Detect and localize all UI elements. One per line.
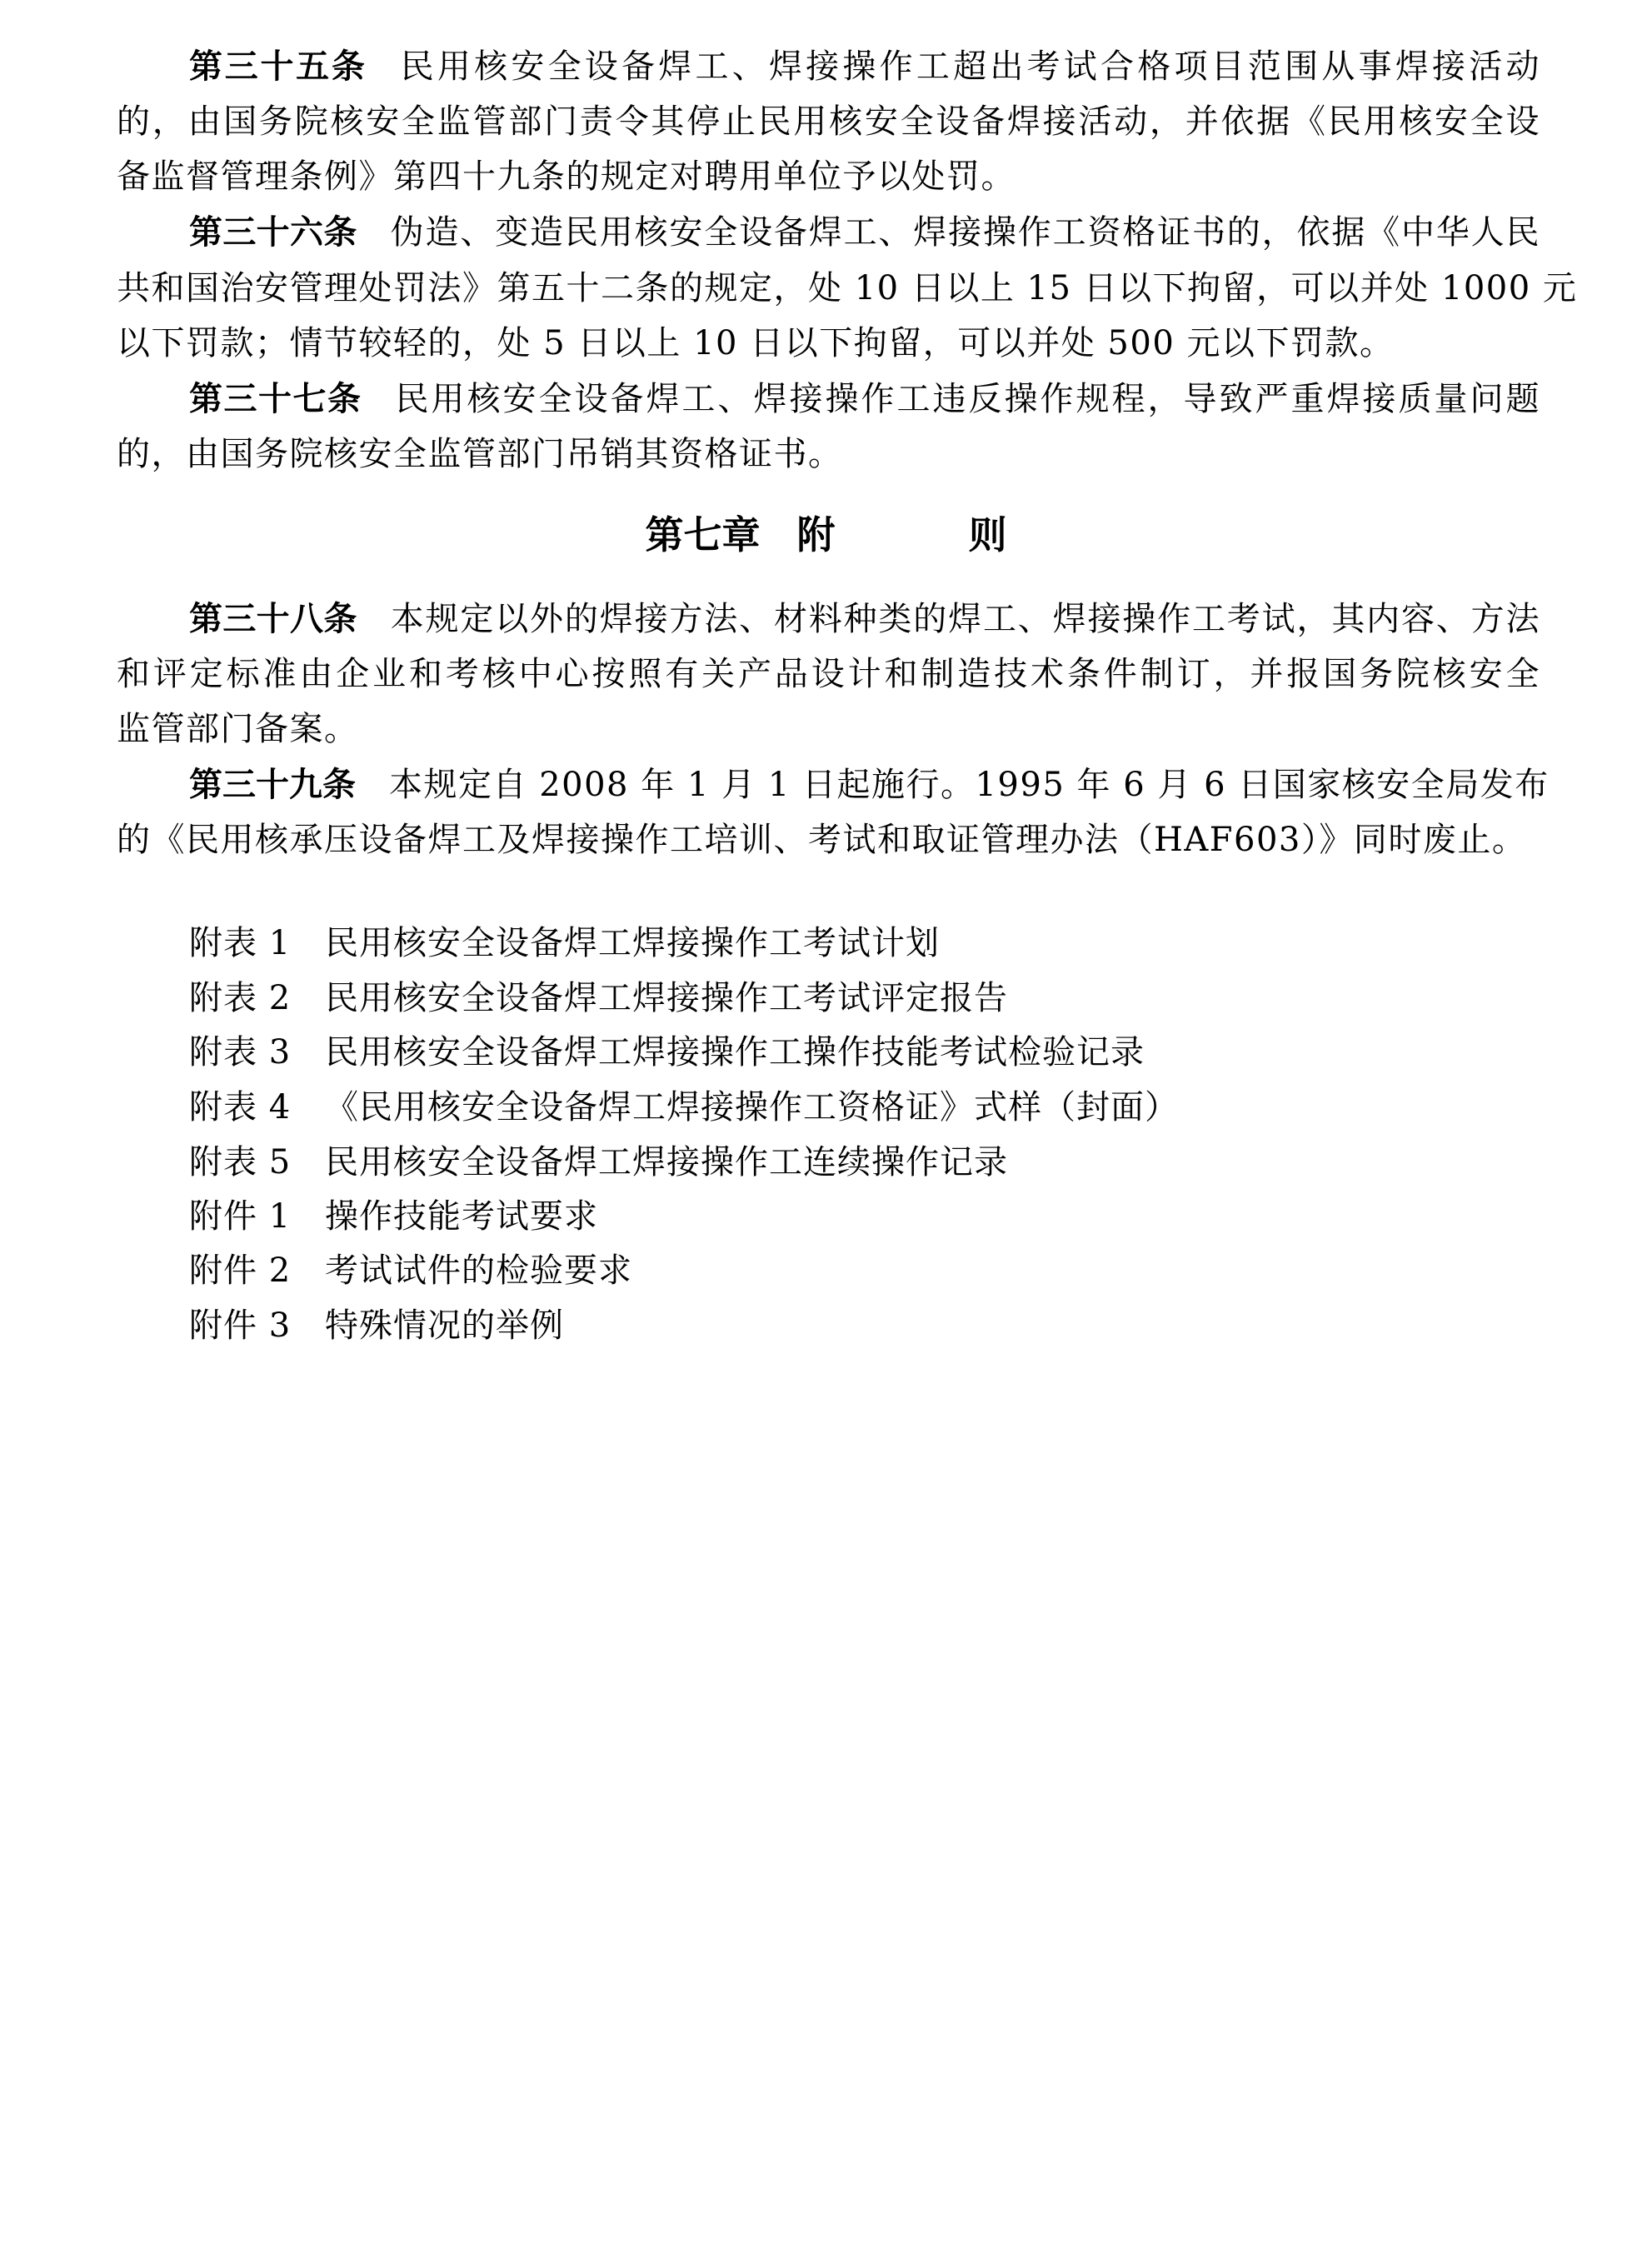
chapter-heading: 第七章附则 — [0, 512, 1652, 558]
article-text: 伪造、变造民用核安全设备焊工、焊接操作工资格证书的，依据《中华人民 — [391, 213, 1540, 252]
appendix-title: 民用核安全设备焊工焊接操作工操作技能考试检验记录 — [325, 1032, 1145, 1072]
article-35-line-1: 第三十五条民用核安全设备焊工、焊接操作工超出考试合格项目范围从事焊接活动 — [189, 47, 1540, 102]
appendix-title: 民用核安全设备焊工焊接操作工连续操作记录 — [325, 1142, 1008, 1182]
article-number: 第三十九条 — [189, 766, 356, 804]
article-text: 本规定以外的焊接方法、材料种类的焊工、焊接操作工考试，其内容、方法 — [391, 600, 1540, 638]
appendix-title: 《民用核安全设备焊工焊接操作工资格证》式样（封面） — [325, 1087, 1179, 1127]
appendix-title: 民用核安全设备焊工焊接操作工考试计划 — [325, 923, 940, 963]
article-38-line-2: 和评定标准由企业和考核中心按照有关产品设计和制造技术条件制订，并报国务院核安全 — [117, 654, 1540, 709]
article-36-line-3: 以下罚款；情节较轻的，处 5 日以上 10 日以下拘留，可以并处 500 元以下… — [117, 323, 1540, 378]
chapter-number: 第七章 — [646, 512, 761, 557]
article-35-line-2: 的，由国务院核安全监管部门责令其停止民用核安全设备焊接活动，并依据《民用核安全设 — [117, 102, 1540, 157]
article-38-line-3: 监管部门备案。 — [117, 709, 1540, 764]
article-38-line-1: 第三十八条本规定以外的焊接方法、材料种类的焊工、焊接操作工考试，其内容、方法 — [189, 599, 1540, 654]
article-37-line-2: 的，由国务院核安全监管部门吊销其资格证书。 — [117, 434, 1540, 489]
article-39-line-1: 第三十九条本规定自 2008 年 1 月 1 日起施行。1995 年 6 月 6… — [189, 765, 1540, 820]
article-text: 民用核安全设备焊工、焊接操作工超出考试合格项目范围从事焊接活动 — [401, 47, 1540, 86]
appendix-label: 附件 2 — [189, 1251, 325, 1291]
appendix-label: 附表 1 — [189, 923, 325, 963]
appendix-title: 考试试件的检验要求 — [325, 1251, 632, 1291]
appendix-item: 附表 1民用核安全设备焊工焊接操作工考试计划 — [189, 923, 940, 973]
article-text: 民用核安全设备焊工、焊接操作工违反操作规程，导致严重焊接质量问题 — [396, 380, 1541, 418]
appendix-title: 民用核安全设备焊工焊接操作工考试评定报告 — [325, 978, 1008, 1018]
appendix-item: 附件 1操作技能考试要求 — [189, 1196, 598, 1246]
appendix-label: 附表 2 — [189, 978, 325, 1018]
appendix-label: 附件 3 — [189, 1306, 325, 1346]
article-text: 本规定自 2008 年 1 月 1 日起施行。1995 年 6 月 6 日国家核… — [389, 766, 1550, 804]
appendix-item: 附表 2民用核安全设备焊工焊接操作工考试评定报告 — [189, 978, 1008, 1028]
document-page: 第三十五条民用核安全设备焊工、焊接操作工超出考试合格项目范围从事焊接活动 的，由… — [0, 0, 1652, 2243]
appendix-label: 附表 3 — [189, 1032, 325, 1072]
article-36-line-2: 共和国治安管理处罚法》第五十二条的规定，处 10 日以上 15 日以下拘留，可以… — [117, 268, 1540, 323]
chapter-title-char-1: 附 — [797, 512, 836, 557]
article-39-line-2: 的《民用核承压设备焊工及焊接操作工培训、考试和取证管理办法（HAF603）》同时… — [117, 820, 1540, 875]
article-number: 第三十七条 — [189, 380, 362, 418]
appendix-item: 附表 4《民用核安全设备焊工焊接操作工资格证》式样（封面） — [189, 1087, 1179, 1137]
appendix-item: 附件 2考试试件的检验要求 — [189, 1251, 632, 1301]
article-35-line-3: 备监督管理条例》第四十九条的规定对聘用单位予以处罚。 — [117, 157, 1540, 212]
article-number: 第三十六条 — [189, 213, 357, 252]
appendix-label: 附件 1 — [189, 1196, 325, 1236]
article-number: 第三十五条 — [189, 47, 367, 86]
article-37-line-1: 第三十七条民用核安全设备焊工、焊接操作工违反操作规程，导致严重焊接质量问题 — [189, 379, 1540, 434]
appendix-label: 附表 4 — [189, 1087, 325, 1127]
appendix-item: 附表 3民用核安全设备焊工焊接操作工操作技能考试检验记录 — [189, 1032, 1145, 1082]
appendix-title: 操作技能考试要求 — [325, 1196, 598, 1236]
article-36-line-1: 第三十六条伪造、变造民用核安全设备焊工、焊接操作工资格证书的，依据《中华人民 — [189, 212, 1540, 267]
appendix-label: 附表 5 — [189, 1142, 325, 1182]
article-number: 第三十八条 — [189, 600, 357, 638]
appendix-item: 附表 5民用核安全设备焊工焊接操作工连续操作记录 — [189, 1142, 1008, 1192]
appendix-title: 特殊情况的举例 — [325, 1306, 564, 1346]
chapter-title-char-2: 则 — [969, 512, 1007, 557]
appendix-item: 附件 3特殊情况的举例 — [189, 1306, 564, 1356]
